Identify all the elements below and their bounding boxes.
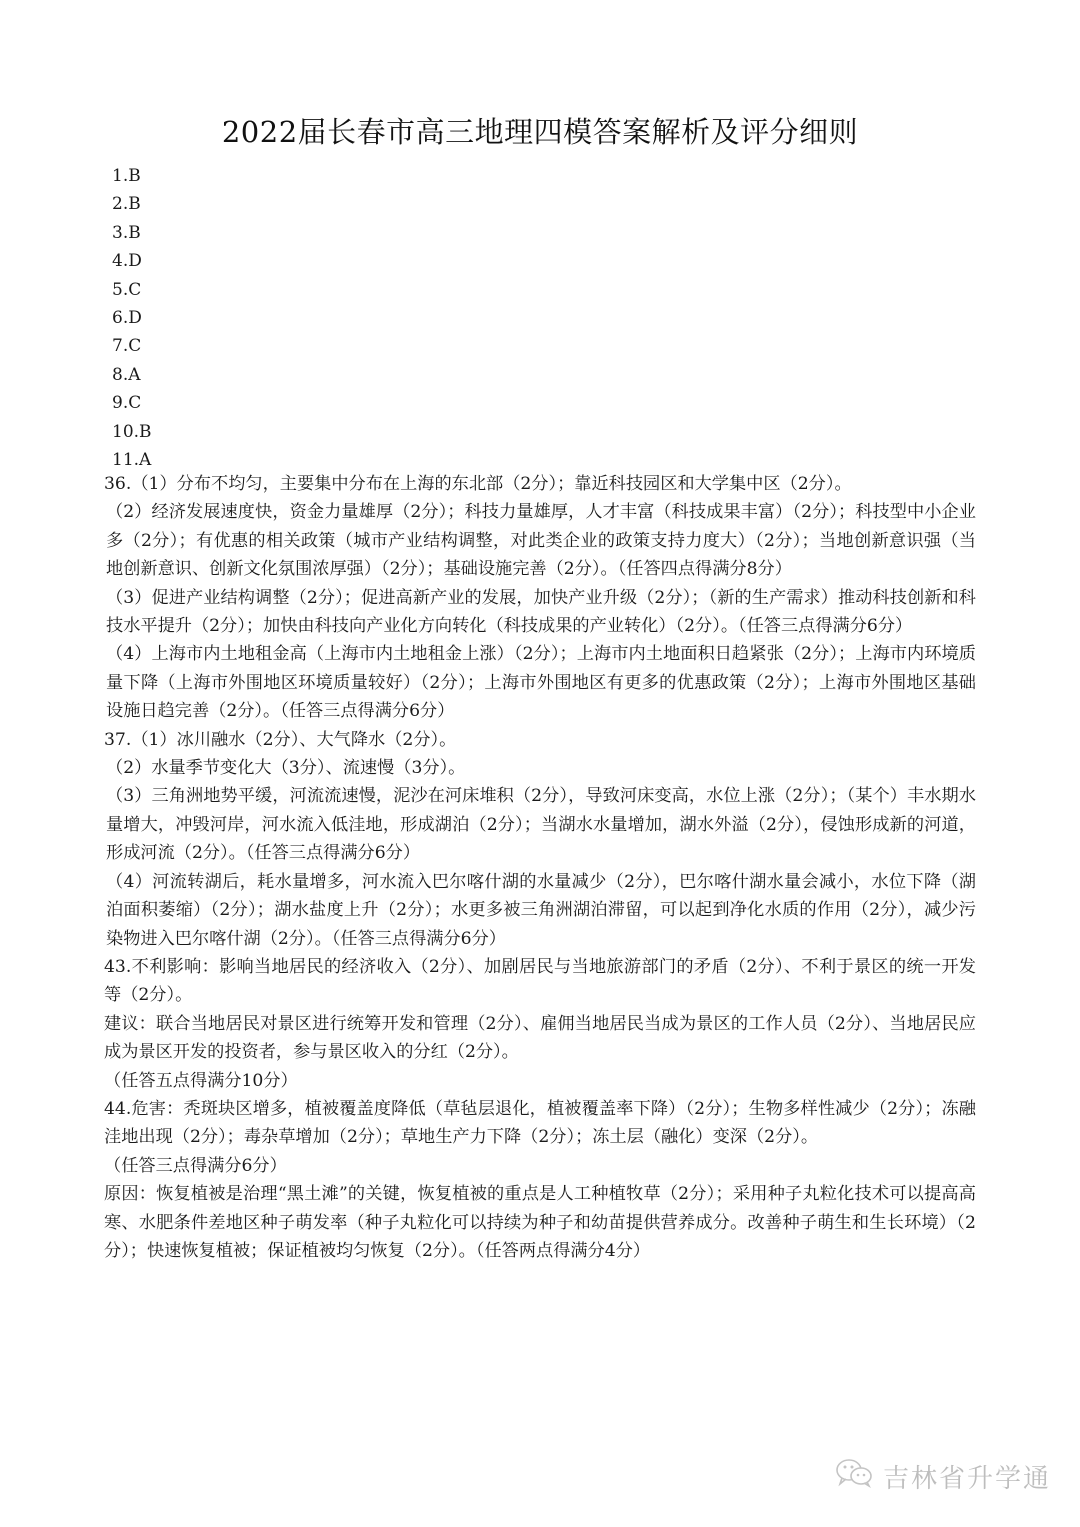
q44-reasons: 原因：恢复植被是治理“黑土滩”的关键，恢复植被的重点是人工种植牧草（2分）；采用…	[104, 1180, 976, 1265]
answer-item: 4.D	[112, 247, 152, 275]
q43-impacts: 43.不利影响：影响当地居民的经济收入（2分）、加剧居民与当地旅游部门的矛盾（2…	[104, 953, 976, 1010]
q36-part3: （3）促进产业结构调整（2分）；促进高新产业的发展，加快产业升级（2分）；（新的…	[104, 584, 976, 641]
document-title: 2022届长春市高三地理四模答案解析及评分细则	[0, 110, 1080, 151]
answer-item: 2.B	[112, 190, 152, 218]
q36-part1: 36.（1）分布不均匀，主要集中分布在上海的东北部（2分）；靠近科技园区和大学集…	[104, 470, 976, 498]
document-page: 2022届长春市高三地理四模答案解析及评分细则 1.B 2.B 3.B 4.D …	[0, 0, 1080, 1527]
q37-part1: 37.（1）冰川融水（2分）、大气降水（2分）。	[104, 726, 976, 754]
choice-answer-list: 1.B 2.B 3.B 4.D 5.C 6.D 7.C 8.A 9.C 10.B…	[112, 162, 152, 474]
q43-scoring-note: （任答五点得满分10分）	[104, 1067, 976, 1095]
q44-scoring-note: （任答三点得满分6分）	[104, 1152, 976, 1180]
q37-part4: （4）河流转湖后，耗水量增多，河水流入巴尔喀什湖的水量减少（2分），巴尔喀什湖水…	[104, 868, 976, 953]
watermark: 吉林省升学通	[835, 1458, 1051, 1495]
answer-item: 9.C	[112, 389, 152, 417]
q37-part3: （3）三角洲地势平缓，河流流速慢，泥沙在河床堆积（2分），导致河床变高，水位上涨…	[104, 782, 976, 867]
answer-item: 7.C	[112, 332, 152, 360]
answer-item: 3.B	[112, 219, 152, 247]
q36-part2: （2）经济发展速度快，资金力量雄厚（2分）；科技力量雄厚，人才丰富（科技成果丰富…	[104, 498, 976, 583]
q37-part2: （2）水量季节变化大（3分）、流速慢（3分）。	[104, 754, 976, 782]
q36-part4: （4）上海市内土地租金高（上海市内土地租金上涨）（2分）；上海市内土地面积日趋紧…	[104, 640, 976, 725]
answer-item: 10.B	[112, 418, 152, 446]
answer-item: 8.A	[112, 361, 152, 389]
q43-suggestions: 建议：联合当地居民对景区进行统筹开发和管理（2分）、雇佣当地居民当成为景区的工作…	[104, 1010, 976, 1067]
wechat-icon	[835, 1458, 883, 1495]
answer-explanations: 36.（1）分布不均匀，主要集中分布在上海的东北部（2分）；靠近科技园区和大学集…	[104, 470, 976, 1265]
answer-item: 1.B	[112, 162, 152, 190]
answer-item: 5.C	[112, 276, 152, 304]
q44-hazards: 44.危害：秃斑块区增多，植被覆盖度降低（草毡层退化，植被覆盖率下降）（2分）；…	[104, 1095, 976, 1152]
answer-item: 6.D	[112, 304, 152, 332]
watermark-text: 吉林省升学通	[883, 1458, 1051, 1495]
